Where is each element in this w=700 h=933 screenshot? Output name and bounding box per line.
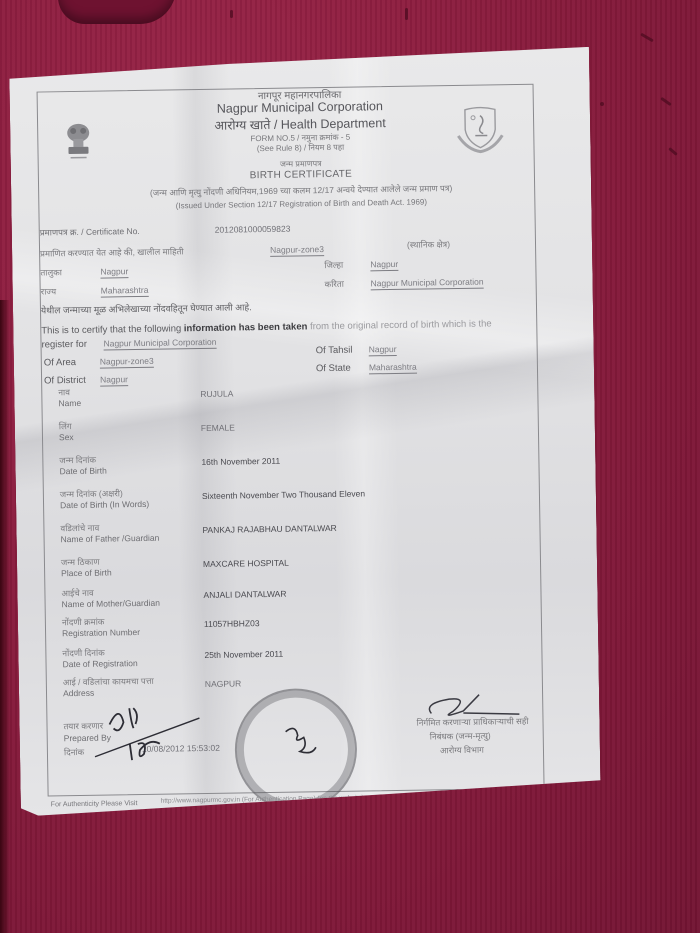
- issuer-line-3: आरोग्य विभाग: [440, 745, 484, 757]
- issuer-line-1: निर्गमित करणाऱ्या प्राधिकाऱ्याची सही: [416, 716, 528, 729]
- authenticity-url[interactable]: http://www.nagpurmc.gov.in (For Authenti…: [161, 795, 364, 805]
- issuer-line-2: निबंधक (जन्म-मृत्यु): [430, 731, 491, 743]
- preparer-signature-icon: [89, 693, 210, 765]
- field-label: Name of Mother/Guardian: [62, 598, 160, 610]
- field-value: MAXCARE HOSPITAL: [203, 558, 289, 569]
- certificate-no-label: प्रमाणपत्र क्र. / Certificate No.: [40, 226, 140, 239]
- district-label-hindi: जिल्हा: [324, 260, 343, 271]
- local-area-suffix: (स्थानिक क्षेत्र): [407, 239, 450, 251]
- felt-speck: [660, 97, 672, 106]
- district-label: Of District: [44, 375, 86, 387]
- field-label: Registration Number: [62, 627, 140, 638]
- field-value: PANKAJ RAJABHAU DANTALWAR: [202, 523, 336, 535]
- for-value-hindi: Nagpur Municipal Corporation: [371, 277, 484, 291]
- felt-speck: [640, 33, 654, 43]
- table-edge-shadow: [0, 300, 10, 933]
- for-label-hindi: करिता: [325, 279, 344, 290]
- area-label: Of Area: [44, 357, 76, 369]
- district-value-hindi: Nagpur: [370, 259, 398, 271]
- taluka-label: तालुका: [40, 267, 62, 278]
- field-label: Name of Father /Guardian: [61, 533, 160, 545]
- area-value: Nagpur-zone3: [100, 356, 154, 369]
- tahsil-label: Of Tahsil: [316, 345, 353, 357]
- register-value: Nagpur Municipal Corporation: [103, 337, 216, 351]
- state-label: Of State: [316, 363, 351, 375]
- field-label: Name: [58, 398, 81, 408]
- field-label-hindi: जन्म ठिकाण: [61, 557, 100, 569]
- certify-line-hindi: प्रमाणित करण्यात येत आहे की, खालील माहित…: [40, 246, 184, 259]
- field-value: 25th November 2011: [204, 649, 283, 660]
- field-label: Date of Registration: [62, 658, 137, 669]
- district-value: Nagpur: [100, 374, 128, 386]
- field-value: 11057HBHZ03: [204, 618, 260, 629]
- certificate-no-value: 2012081000059823: [215, 224, 291, 235]
- field-label: Date of Birth: [59, 466, 106, 477]
- field-label-hindi: जन्म दिनांक: [59, 455, 96, 467]
- field-label-hindi: आई / वडिलांचा कायमचा पत्ता: [63, 676, 154, 688]
- birth-certificate-paper: नागपूर महानगरपालिका Nagpur Municipal Cor…: [9, 47, 601, 816]
- date-label-hindi: दिनांक: [64, 747, 84, 758]
- register-label: register for: [41, 339, 87, 351]
- felt-speck: [405, 8, 408, 20]
- field-label-hindi: वडिलांचे नाव: [60, 523, 99, 535]
- field-label-hindi: आईचे नाव: [61, 588, 93, 600]
- local-area-value: Nagpur-zone3: [270, 244, 324, 257]
- field-value: 16th November 2011: [201, 456, 280, 467]
- taluka-value: Nagpur: [100, 266, 128, 278]
- field-label: Date of Birth (In Words): [60, 499, 149, 510]
- state-value: Maharashtra: [369, 362, 417, 375]
- field-value: RUJULA: [200, 389, 233, 400]
- field-label: Place of Birth: [61, 567, 112, 578]
- field-label-hindi: नोंदणी दिनांक: [62, 648, 104, 660]
- field-label-hindi: नोंदणी क्रमांक: [62, 617, 105, 629]
- felt-speck: [230, 10, 233, 18]
- authenticity-label: For Authenticity Please Visit: [51, 800, 138, 808]
- state-value-hindi: Maharashtra: [101, 285, 149, 298]
- felt-speck: [668, 147, 678, 156]
- felt-speck: [600, 102, 604, 106]
- field-value: ANJALI DANTALWAR: [203, 589, 286, 600]
- field-value: FEMALE: [201, 422, 235, 433]
- field-value: NAGPUR: [205, 678, 242, 689]
- background-object: [58, 0, 176, 24]
- field-label-hindi: नाव: [58, 387, 70, 398]
- field-label: Sex: [59, 432, 74, 442]
- state-label-hindi: राज्य: [41, 286, 57, 297]
- certificate-fields: नावNameRUJULAलिंगSexFEMALEजन्म दिनांकDat…: [9, 47, 589, 56]
- seal-initials-icon: [281, 721, 322, 762]
- tahsil-value: Nagpur: [369, 344, 397, 356]
- field-label-hindi: लिंग: [59, 421, 72, 432]
